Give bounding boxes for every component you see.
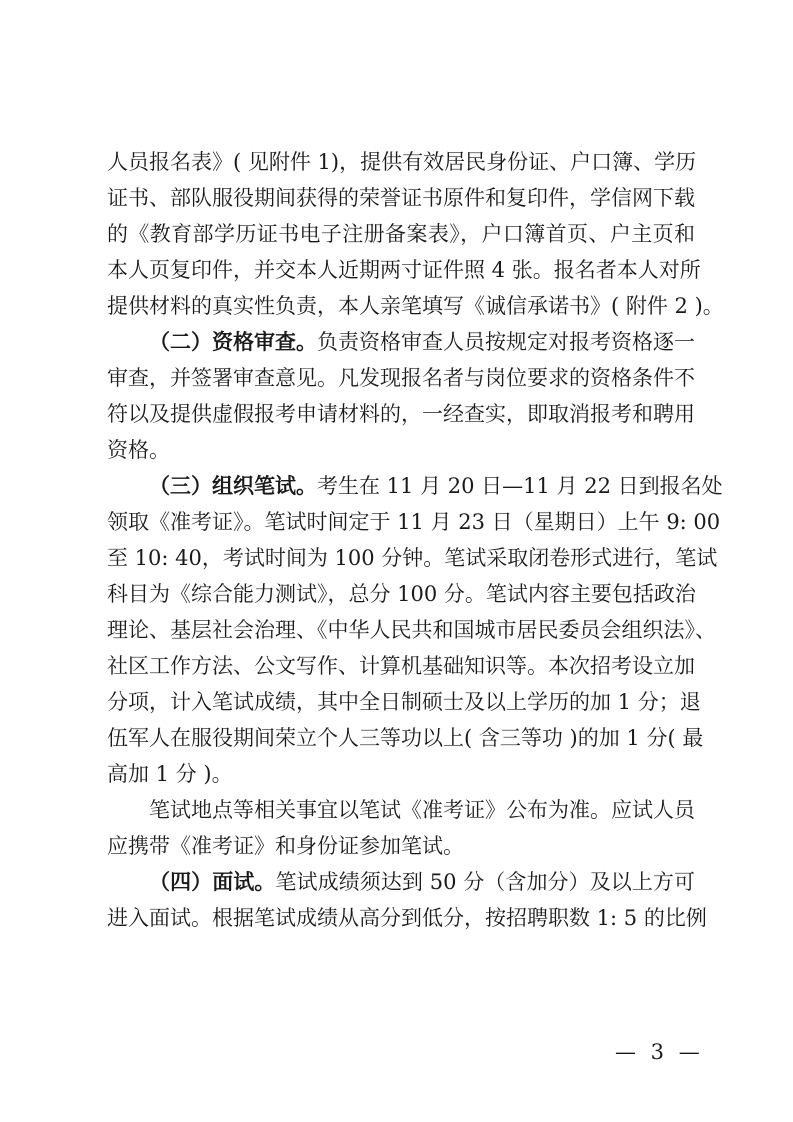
text-line: 证书、部队服役期间获得的荣誉证书原件和复印件，学信网下载 bbox=[107, 180, 695, 216]
text-line: 领取《准考证》。笔试时间定于 11 月 23 日（星期日）上午 9: 00 bbox=[107, 504, 695, 540]
text-line: 笔试地点等相关事宜以笔试《准考证》公布为准。应试人员 bbox=[107, 792, 695, 828]
text-span: 考生在 11 月 20 日—11 月 22 日到报名处 bbox=[317, 474, 723, 498]
text-line: （四）面试。笔试成绩须达到 50 分（含加分）及以上方可 bbox=[107, 864, 695, 900]
paragraph-exam-location: 笔试地点等相关事宜以笔试《准考证》公布为准。应试人员 应携带《准考证》和身份证参… bbox=[107, 792, 695, 864]
text-line: 符以及提供虚假报考申请材料的，一经查实，即取消报考和聘用 bbox=[107, 396, 695, 432]
text-line: 伍军人在服役期间荣立个人三等功以上( 含三等功 )的加 1 分( 最 bbox=[107, 720, 695, 756]
text-line: 进入面试。根据笔试成绩从高分到低分，按招聘职数 1: 5 的比例 bbox=[107, 900, 695, 936]
text-line: （二）资格审查。负责资格审查人员按规定对报考资格逐一 bbox=[107, 324, 695, 360]
text-line: 高加 1 分 )。 bbox=[107, 756, 695, 792]
body-text: 人员报名表》( 见附件 1)，提供有效居民身份证、户口簿、学历 证书、部队服役期… bbox=[107, 144, 695, 936]
text-line: 分项，计入笔试成绩，其中全日制硕士及以上学历的加 1 分；退 bbox=[107, 684, 695, 720]
section-heading: （三）组织笔试。 bbox=[149, 474, 317, 498]
page-number: — 3 — bbox=[615, 1040, 704, 1064]
text-line: 资格。 bbox=[107, 432, 695, 468]
text-line: 社区工作方法、公文写作、计算机基础知识等。本次招考设立加 bbox=[107, 648, 695, 684]
text-span: 负责资格审查人员按规定对报考资格逐一 bbox=[317, 330, 695, 354]
text-line: 提供材料的真实性负责，本人亲笔填写《诚信承诺书》( 附件 2 )。 bbox=[107, 288, 695, 324]
text-line: 的《教育部学历证书电子注册备案表》，户口簿首页、户主页和 bbox=[107, 216, 695, 252]
text-line: 至 10: 40，考试时间为 100 分钟。笔试采取闭卷形式进行，笔试 bbox=[107, 540, 695, 576]
text-line: 本人页复印件，并交本人近期两寸证件照 4 张。报名者本人对所 bbox=[107, 252, 695, 288]
text-line: 应携带《准考证》和身份证参加笔试。 bbox=[107, 828, 695, 864]
text-line: 人员报名表》( 见附件 1)，提供有效居民身份证、户口簿、学历 bbox=[107, 144, 695, 180]
text-line: 理论、基层社会治理、《中华人民共和国城市居民委员会组织法》、 bbox=[107, 612, 695, 648]
document-page: 人员报名表》( 见附件 1)，提供有效居民身份证、户口簿、学历 证书、部队服役期… bbox=[0, 0, 793, 1122]
text-line: 审查，并签署审查意见。凡发现报名者与岗位要求的资格条件不 bbox=[107, 360, 695, 396]
text-span: 笔试成绩须达到 50 分（含加分）及以上方可 bbox=[275, 870, 695, 894]
paragraph-qualification-review: （二）资格审查。负责资格审查人员按规定对报考资格逐一 审查，并签署审查意见。凡发… bbox=[107, 324, 695, 468]
text-line: 科目为《综合能力测试》，总分 100 分。笔试内容主要包括政治 bbox=[107, 576, 695, 612]
section-heading: （四）面试。 bbox=[149, 870, 275, 894]
paragraph-interview: （四）面试。笔试成绩须达到 50 分（含加分）及以上方可 进入面试。根据笔试成绩… bbox=[107, 864, 695, 936]
text-line: （三）组织笔试。考生在 11 月 20 日—11 月 22 日到报名处 bbox=[107, 468, 695, 504]
paragraph-registration-continuation: 人员报名表》( 见附件 1)，提供有效居民身份证、户口簿、学历 证书、部队服役期… bbox=[107, 144, 695, 324]
paragraph-written-exam: （三）组织笔试。考生在 11 月 20 日—11 月 22 日到报名处 领取《准… bbox=[107, 468, 695, 792]
section-heading: （二）资格审查。 bbox=[149, 330, 317, 354]
